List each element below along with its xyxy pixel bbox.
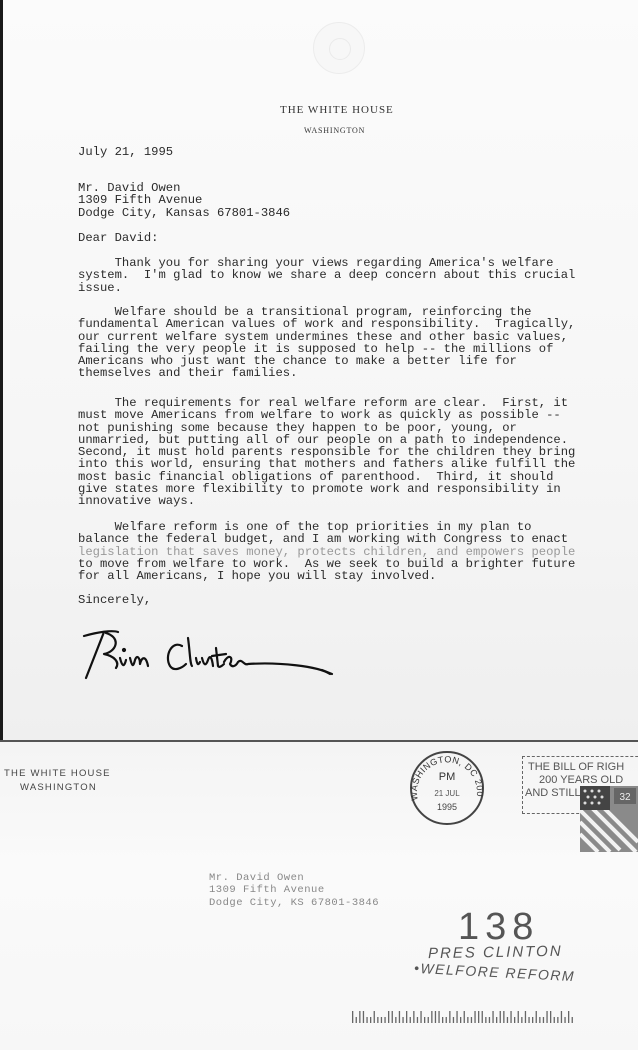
handwritten-note-line3: •WELFORE REFORM <box>414 960 576 984</box>
envelope-recipient-address: Mr. David Owen 1309 Fifth Avenue Dodge C… <box>209 872 379 909</box>
paragraph-1: Thank you for sharing your views regardi… <box>78 257 575 294</box>
paragraph-4: Welfare reform is one of the top priorit… <box>78 521 575 582</box>
paragraph-3: The requirements for real welfare reform… <box>78 397 575 508</box>
closing: Sincerely, <box>78 594 151 606</box>
postmark-year: 1995 <box>437 802 457 812</box>
paragraph-2: Welfare should be a transitional program… <box>78 306 575 380</box>
paragraph-line: for all Americans, I hope you will stay … <box>78 569 436 583</box>
envelope-recipient-city: Dodge City, KS 67801-3846 <box>209 897 379 909</box>
envelope: THE WHITE HOUSE WASHINGTON WASHINGTON, D… <box>0 740 638 1050</box>
flag-stamp-icon: 32 <box>580 786 638 852</box>
stamp-value: 32 <box>619 792 631 803</box>
presidential-seal-icon <box>313 22 365 74</box>
signature-icon <box>78 618 348 688</box>
paragraph-line: themselves and their families. <box>78 366 297 380</box>
slogan-line1: THE BILL OF RIGH <box>523 757 638 774</box>
postmark-date: 21 JUL <box>434 789 460 798</box>
letter-page: THE WHITE HOUSE WASHINGTON July 21, 1995… <box>0 0 638 740</box>
postmark-time: PM <box>439 771 456 783</box>
letterhead-title: THE WHITE HOUSE <box>280 104 394 116</box>
paragraph-line: innovative ways. <box>78 494 195 508</box>
letter-date: July 21, 1995 <box>78 146 173 158</box>
recipient-address: Mr. David Owen 1309 Fifth Avenue Dodge C… <box>78 182 290 219</box>
envelope-recipient-name: Mr. David Owen <box>209 872 304 884</box>
salutation: Dear David: <box>78 232 158 244</box>
return-address-line1: THE WHITE HOUSE <box>4 768 111 779</box>
paragraph-line: system. I'm glad to know we share a deep… <box>78 268 575 282</box>
handwritten-note-line2: PRES CLINTON <box>428 943 563 962</box>
page-edge <box>0 0 3 740</box>
letterhead-subtitle: WASHINGTON <box>304 126 365 135</box>
recipient-city: Dodge City, Kansas 67801-3846 <box>78 206 290 220</box>
return-address-line2: WASHINGTON <box>20 782 97 793</box>
postal-barcode-icon <box>352 1010 582 1024</box>
envelope-recipient-street: 1309 Fifth Avenue <box>209 884 325 896</box>
paragraph-line: issue. <box>78 281 122 295</box>
postmark-icon: WASHINGTON, DC 200 PM 21 JUL 1995 <box>402 748 492 828</box>
